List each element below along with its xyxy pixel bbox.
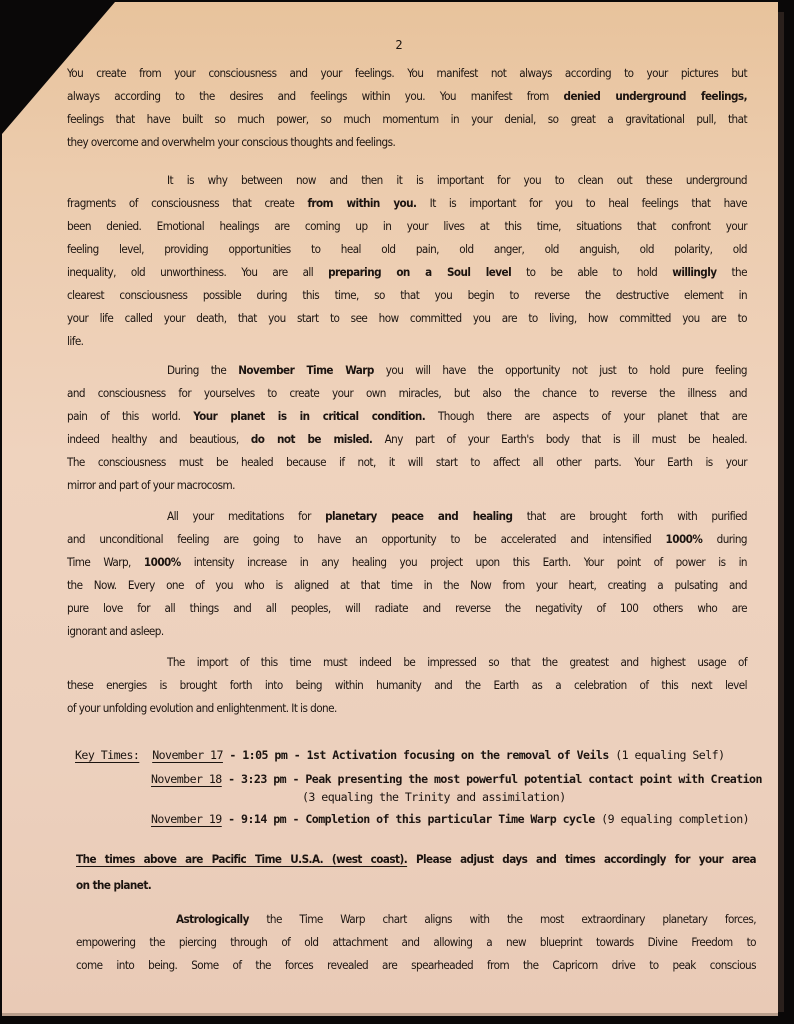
key-time-note: (1 equaling Self) [615, 748, 724, 762]
text-line: inequality, old unworthiness. You are al… [67, 261, 747, 284]
text-line: indeed healthy and beautious, do not be … [67, 428, 747, 451]
key-time-date: November 17 [152, 748, 223, 762]
text-line: the Now. Every one of you who is aligned… [67, 574, 747, 597]
paragraph-underground-fragments: It is why between now and then it is imp… [67, 169, 747, 353]
text-line: feelings that have built so much power, … [67, 108, 747, 131]
paragraph-november-time-warp: During the November Time Warp you will h… [67, 359, 747, 497]
text-line: The import of this time must indeed be i… [67, 651, 747, 674]
key-time-time: 1:05 pm [242, 748, 287, 762]
key-time-note: (3 equaling the Trinity and assimilation… [302, 790, 566, 804]
text-line: mirror and part of your macrocosm. [67, 474, 747, 497]
text-line: of your unfolding evolution and enlighte… [67, 697, 747, 720]
paragraph-consciousness: You create from your consciousness and y… [67, 62, 747, 154]
key-time-event: 1st Activation focusing on the removal o… [307, 748, 609, 762]
timezone-line2: on the planet. [76, 874, 756, 897]
key-time-time: 3:23 pm [241, 772, 286, 786]
text-line: During the November Time Warp you will h… [67, 359, 747, 382]
text-line: You create from your consciousness and y… [67, 62, 747, 85]
text-line: and consciousness for yourselves to crea… [67, 382, 747, 405]
text-line: Time Warp, 1000% intensity increase in a… [67, 551, 747, 574]
key-time-event: Peak presenting the most powerful potent… [305, 772, 762, 786]
text-line: clearest consciousness possible during t… [67, 284, 747, 307]
key-time-note: (9 equaling completion) [601, 812, 749, 826]
page-number: 2 [2, 38, 794, 52]
key-time-event: Completion of this particular Time Warp … [305, 812, 594, 826]
text-line: they overcome and overwhelm your conscio… [67, 131, 747, 154]
text-line: It is why between now and then it is imp… [67, 169, 747, 192]
timezone-underlined: The times above are Pacific Time U.S.A. … [76, 852, 407, 866]
paper-edge [778, 12, 784, 1012]
text-line: and unconditional feeling are going to h… [67, 528, 747, 551]
text-line: The consciousness must be healed because… [67, 451, 747, 474]
text-line: your life called your death, that you st… [67, 307, 747, 330]
text-line: pure love for all things and all peoples… [67, 597, 747, 620]
key-time-time: 9:14 pm [241, 812, 286, 826]
astro-line-3: come into being. Some of the forces reve… [76, 954, 756, 977]
key-time-date: November 18 [151, 772, 222, 786]
text-line: life. [67, 330, 747, 353]
key-times-label: Key Times: [75, 748, 139, 762]
key-times-row-1: Key Times: November 17 - 1:05 pm - 1st A… [75, 744, 725, 766]
key-times-row-3: November 19 - 9:14 pm - Completion of th… [151, 808, 749, 830]
text-line: ignorant and asleep. [67, 620, 747, 643]
paragraph-meditations: All your meditations for planetary peace… [67, 505, 747, 643]
paragraph-import: The import of this time must indeed be i… [67, 651, 747, 720]
text-line: All your meditations for planetary peace… [67, 505, 747, 528]
text-line: fragments of consciousness that create f… [67, 192, 747, 215]
astro-line-2: empowering the piercing through of old a… [76, 931, 756, 954]
text-line: pain of this world. Your planet is in cr… [67, 405, 747, 428]
timezone-rest: Please adjust days and times accordingly… [407, 852, 756, 866]
key-time-date: November 19 [151, 812, 222, 826]
text-line: these energies is brought forth into bei… [67, 674, 747, 697]
paragraph-astrology: Astrologically the Time Warp chart align… [76, 908, 756, 977]
astro-line-1: Astrologically the Time Warp chart align… [76, 908, 756, 931]
document-page: 2 You create from your consciousness and… [2, 2, 778, 1016]
key-times-row-2-note: (3 equaling the Trinity and assimilation… [302, 786, 566, 808]
text-line: feeling level, providing opportunities t… [67, 238, 747, 261]
text-line: been denied. Emotional healings are comi… [67, 215, 747, 238]
text-line: always according to the desires and feel… [67, 85, 747, 108]
timezone-note: The times above are Pacific Time U.S.A. … [76, 848, 756, 897]
